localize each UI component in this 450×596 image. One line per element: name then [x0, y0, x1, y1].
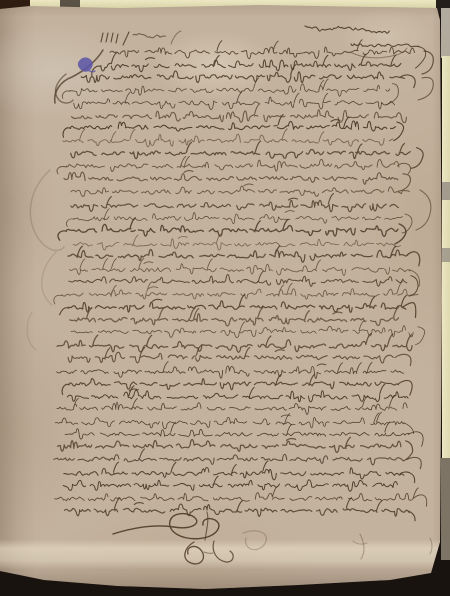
page-edge-right-upper — [441, 8, 450, 58]
header-right-note-1 — [305, 26, 389, 33]
handwriting-line — [71, 194, 399, 212]
handwriting-line — [64, 461, 415, 483]
faint-loop-right-of-signature — [243, 531, 266, 550]
handwriting-line — [65, 498, 416, 521]
handwriting-line — [63, 115, 403, 141]
handwriting-line — [60, 295, 416, 318]
page-edge-right-lower — [441, 458, 450, 560]
handwriting-line — [73, 234, 400, 250]
page-edge-right-patch-2 — [442, 248, 450, 262]
right-tail-mid — [416, 190, 431, 230]
paraph-main-knot — [113, 514, 219, 539]
rubric-dash — [204, 552, 213, 553]
paraph-riser — [205, 512, 208, 540]
faint-y-flourish — [360, 534, 364, 559]
handwriting-line — [81, 65, 415, 88]
stamp-tail — [88, 70, 95, 72]
paraph-lower-loop-1 — [185, 542, 204, 564]
handwriting-line — [63, 476, 397, 491]
faint-margin-arc-2 — [42, 252, 56, 305]
handwriting-line — [62, 78, 398, 105]
handwriting-line — [67, 384, 408, 402]
faint-right-tick — [430, 538, 432, 554]
folio-tally-marks — [101, 32, 129, 45]
header-mark-mid-2 — [171, 31, 181, 44]
stamp-blob — [78, 57, 93, 71]
handwriting-line — [55, 412, 413, 433]
handwriting-line — [74, 92, 395, 109]
handwriting-line — [65, 422, 423, 446]
faint-y-flourish-bar — [353, 541, 367, 544]
handwriting-line — [72, 104, 407, 123]
handwriting-line — [57, 156, 410, 174]
handwriting-line — [69, 271, 418, 296]
handwriting-lines — [54, 40, 427, 521]
foot-marks — [243, 531, 432, 559]
page-edge-right-patch-1 — [442, 182, 450, 200]
handwriting-line — [71, 321, 425, 345]
handwriting-line — [92, 53, 401, 76]
right-bracket-line2 — [418, 77, 433, 100]
handwriting-line — [63, 129, 393, 147]
handwriting-line — [54, 282, 418, 304]
handwriting-line — [57, 334, 412, 353]
faint-margin-arc-3 — [27, 312, 36, 350]
handwriting-line — [71, 184, 410, 196]
handwriting-line — [64, 171, 411, 192]
handwriting-line — [57, 362, 404, 379]
handwriting-line — [68, 246, 420, 266]
header-right-note-2 — [351, 44, 419, 47]
header-right-swash — [350, 48, 407, 58]
right-bracket-line1 — [422, 51, 433, 74]
handwriting-line — [62, 374, 412, 395]
manuscript-photo — [0, 0, 450, 596]
handwriting-line — [54, 449, 421, 469]
paraph-lower-loop-2 — [213, 541, 233, 562]
ink-layer — [0, 0, 450, 596]
archive-stamp — [78, 57, 95, 71]
header-mark-mid — [133, 34, 166, 38]
signature-paraph — [113, 512, 233, 564]
margin-flourishes — [27, 50, 433, 350]
handwriting-line — [58, 437, 413, 461]
